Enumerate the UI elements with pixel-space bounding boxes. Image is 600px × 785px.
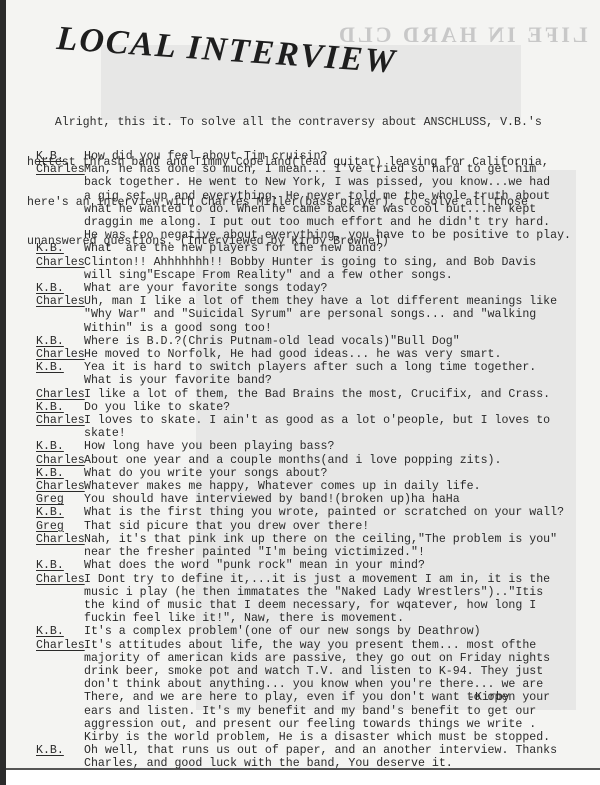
dialogue-text: Oh well, that runs us out of paper, and … bbox=[84, 744, 557, 757]
interview-transcript: K.B.How did you feel about Tim cruisin?C… bbox=[36, 150, 576, 771]
dialogue-text: drink beer, smoke pot and watch T.V. and… bbox=[84, 665, 543, 678]
transcript-line: K.B.How long have you been playing bass? bbox=[36, 440, 576, 453]
dialogue-text: You should have interviewed by band!(bro… bbox=[84, 493, 460, 506]
dialogue-text: It's attitudes about life, the way you p… bbox=[84, 639, 536, 652]
transcript-line: CharlesI like a lot of them, the Bad Bra… bbox=[36, 388, 576, 401]
dialogue-text: I like a lot of them, the Bad Brains the… bbox=[84, 388, 550, 401]
transcript-line: Kirby is the world problem, He is a disa… bbox=[36, 731, 576, 744]
speaker-label bbox=[36, 322, 84, 335]
dialogue-text: What are your favorite songs today? bbox=[84, 282, 328, 295]
transcript-line: fuckin feel like it!", Naw, there is mov… bbox=[36, 612, 576, 625]
speaker-name: K.B. bbox=[36, 625, 64, 638]
speaker-name: K.B. bbox=[36, 559, 64, 572]
speaker-label bbox=[36, 546, 84, 559]
transcript-line: the kind of music that I deem necessary,… bbox=[36, 599, 576, 612]
speaker-label bbox=[36, 599, 84, 612]
transcript-line: K.B.What is the first thing you wrote, p… bbox=[36, 506, 576, 519]
transcript-line: GregThat sid picure that you drew over t… bbox=[36, 520, 576, 533]
speaker-label: K.B. bbox=[36, 625, 84, 638]
speaker-name: Charles bbox=[36, 454, 85, 467]
speaker-name: Charles bbox=[36, 639, 85, 652]
dialogue-text: About one year and a couple months(and i… bbox=[84, 454, 501, 467]
dialogue-text: the kind of music that I deem necessary,… bbox=[84, 599, 536, 612]
dialogue-text: How did you feel about Tim cruisin? bbox=[84, 150, 328, 163]
transcript-line: K.B.Oh well, that runs us out of paper, … bbox=[36, 744, 576, 757]
speaker-name: K.B. bbox=[36, 506, 64, 519]
transcript-line: CharlesI loves to skate. I ain't as good… bbox=[36, 414, 576, 427]
speaker-name: K.B. bbox=[36, 361, 64, 374]
speaker-label bbox=[36, 757, 84, 770]
speaker-label bbox=[36, 190, 84, 203]
transcript-line: CharlesIt's attitudes about life, the wa… bbox=[36, 639, 576, 652]
speaker-label: Charles bbox=[36, 348, 84, 361]
transcript-line: CharlesAbout one year and a couple month… bbox=[36, 454, 576, 467]
transcript-line: don't think about anything... you know w… bbox=[36, 678, 576, 691]
dialogue-text: What are the new players for the new ban… bbox=[84, 242, 383, 255]
dialogue-text: a gig set up and everything. He never to… bbox=[84, 190, 550, 203]
transcript-line: near the fresher painted "I'm being vict… bbox=[36, 546, 576, 559]
dialogue-text: fuckin feel like it!", Naw, there is mov… bbox=[84, 612, 404, 625]
speaker-name: Charles bbox=[36, 480, 85, 493]
speaker-label: Charles bbox=[36, 163, 84, 176]
dialogue-text: draggin me along. I put out too much eff… bbox=[84, 216, 550, 229]
dialogue-text: Man, he has done so much, I mean... I've… bbox=[84, 163, 536, 176]
speaker-name: K.B. bbox=[36, 744, 64, 757]
transcript-line: draggin me along. I put out too much eff… bbox=[36, 216, 576, 229]
speaker-name: Charles bbox=[36, 163, 85, 176]
dialogue-text: what he wanted to do. When he came back … bbox=[84, 203, 536, 216]
speaker-label: Charles bbox=[36, 533, 84, 546]
speaker-label: K.B. bbox=[36, 150, 84, 163]
dialogue-text: near the fresher painted "I'm being vict… bbox=[84, 546, 425, 559]
speaker-label bbox=[36, 665, 84, 678]
transcript-line: What is your favorite band? bbox=[36, 374, 576, 387]
speaker-name: K.B. bbox=[36, 467, 64, 480]
dialogue-text: What does the word "punk rock" mean in y… bbox=[84, 559, 425, 572]
transcript-line: skate! bbox=[36, 427, 576, 440]
dialogue-text: Do you like to skate? bbox=[84, 401, 230, 414]
speaker-label: Charles bbox=[36, 573, 84, 586]
transcript-line: will sing"Escape From Reality" and a few… bbox=[36, 269, 576, 282]
transcript-line: GregYou should have interviewed by band!… bbox=[36, 493, 576, 506]
speaker-name: K.B. bbox=[36, 440, 64, 453]
speaker-label: Charles bbox=[36, 256, 84, 269]
transcript-line: "Why War" and "Suicidal Syrum" are perso… bbox=[36, 308, 576, 321]
speaker-name: Charles bbox=[36, 573, 85, 586]
transcript-line: CharlesClinton!! Ahhhhhhh!! Bobby Hunter… bbox=[36, 256, 576, 269]
dialogue-text: He was too negative about everything, yo… bbox=[84, 229, 571, 242]
speaker-label: K.B. bbox=[36, 361, 84, 374]
dialogue-text: Uh, man I like a lot of them they have a… bbox=[84, 295, 557, 308]
speaker-label bbox=[36, 718, 84, 731]
dialogue-text: Whatever makes me happy, Whatever comes … bbox=[84, 480, 481, 493]
speaker-label bbox=[36, 678, 84, 691]
transcript-line: CharlesUh, man I like a lot of them they… bbox=[36, 295, 576, 308]
speaker-name: Charles bbox=[36, 414, 85, 427]
signature: -Kirby bbox=[468, 691, 510, 704]
transcript-line: K.B.It's a complex problem'(one of our n… bbox=[36, 625, 576, 638]
speaker-label bbox=[36, 203, 84, 216]
transcript-line: CharlesWhatever makes me happy, Whatever… bbox=[36, 480, 576, 493]
speaker-label bbox=[36, 269, 84, 282]
dialogue-text: How long have you been playing bass? bbox=[84, 440, 334, 453]
speaker-name: K.B. bbox=[36, 150, 64, 163]
speaker-label: Charles bbox=[36, 454, 84, 467]
speaker-label: Charles bbox=[36, 295, 84, 308]
speaker-label: K.B. bbox=[36, 440, 84, 453]
speaker-name: K.B. bbox=[36, 242, 64, 255]
dialogue-text: What is your favorite band? bbox=[84, 374, 272, 387]
transcript-line: K.B.Yea it is hard to switch players aft… bbox=[36, 361, 576, 374]
speaker-label: K.B. bbox=[36, 744, 84, 757]
dialogue-text: He moved to Norfolk, He had good ideas..… bbox=[84, 348, 501, 361]
dialogue-text: Kirby is the world problem, He is a disa… bbox=[84, 731, 550, 744]
dialogue-text: Where is B.D.?(Chris Putnam-old lead voc… bbox=[84, 335, 460, 348]
speaker-label bbox=[36, 308, 84, 321]
transcript-line: Within" is a good song too! bbox=[36, 322, 576, 335]
speaker-label bbox=[36, 731, 84, 744]
speaker-label: Greg bbox=[36, 493, 84, 506]
dialogue-text: aggression out, and present our feeling … bbox=[84, 718, 536, 731]
speaker-label bbox=[36, 374, 84, 387]
dialogue-text: Nah, it's that pink ink up there on the … bbox=[84, 533, 557, 546]
speaker-label: K.B. bbox=[36, 242, 84, 255]
dialogue-text: will sing"Escape From Reality" and a few… bbox=[84, 269, 453, 282]
transcript-line: K.B.What are your favorite songs today? bbox=[36, 282, 576, 295]
transcript-line: K.B.What are the new players for the new… bbox=[36, 242, 576, 255]
transcript-line: back together. He went to New York, I wa… bbox=[36, 176, 576, 189]
transcript-line: drink beer, smoke pot and watch T.V. and… bbox=[36, 665, 576, 678]
speaker-label: K.B. bbox=[36, 467, 84, 480]
speaker-name: Charles bbox=[36, 348, 85, 361]
dialogue-text: ears and listen. It's my benefit and my … bbox=[84, 705, 536, 718]
dialogue-text: "Why War" and "Suicidal Syrum" are perso… bbox=[84, 308, 536, 321]
transcript-line: a gig set up and everything. He never to… bbox=[36, 190, 576, 203]
transcript-line: Charles, and good luck with the band, Yo… bbox=[36, 757, 576, 770]
speaker-name: Charles bbox=[36, 256, 85, 269]
transcript-line: K.B.Do you like to skate? bbox=[36, 401, 576, 414]
dialogue-text: Yea it is hard to switch players after s… bbox=[84, 361, 536, 374]
speaker-label bbox=[36, 612, 84, 625]
speaker-label: Charles bbox=[36, 388, 84, 401]
transcript-line: CharlesHe moved to Norfolk, He had good … bbox=[36, 348, 576, 361]
speaker-name: K.B. bbox=[36, 335, 64, 348]
intro-line: Alright, this it. To solve all the contr… bbox=[27, 116, 567, 129]
speaker-label: K.B. bbox=[36, 335, 84, 348]
dialogue-text: don't think about anything... you know w… bbox=[84, 678, 543, 691]
dialogue-text: Clinton!! Ahhhhhhh!! Bobby Hunter is goi… bbox=[84, 256, 536, 269]
speaker-label: Greg bbox=[36, 520, 84, 533]
transcript-line: CharlesI Dont try to define it,...it is … bbox=[36, 573, 576, 586]
speaker-name: Greg bbox=[36, 493, 64, 506]
transcript-line: K.B.What does the word "punk rock" mean … bbox=[36, 559, 576, 572]
transcript-line: K.B.Where is B.D.?(Chris Putnam-old lead… bbox=[36, 335, 576, 348]
dialogue-text: What do you write your songs about? bbox=[84, 467, 328, 480]
dialogue-text: I loves to skate. I ain't as good as a l… bbox=[84, 414, 550, 427]
speaker-label: K.B. bbox=[36, 559, 84, 572]
transcript-line: He was too negative about everything, yo… bbox=[36, 229, 576, 242]
speaker-name: Charles bbox=[36, 533, 85, 546]
speaker-label: K.B. bbox=[36, 506, 84, 519]
dialogue-text: skate! bbox=[84, 427, 126, 440]
speaker-label: Charles bbox=[36, 414, 84, 427]
speaker-label: K.B. bbox=[36, 282, 84, 295]
speaker-label bbox=[36, 652, 84, 665]
speaker-label: K.B. bbox=[36, 401, 84, 414]
dialogue-text: music i play (he then immatates the "Nak… bbox=[84, 586, 543, 599]
transcript-line: CharlesNah, it's that pink ink up there … bbox=[36, 533, 576, 546]
dialogue-text: What is the first thing you wrote, paint… bbox=[84, 506, 564, 519]
transcript-line: CharlesMan, he has done so much, I mean.… bbox=[36, 163, 576, 176]
speaker-label bbox=[36, 229, 84, 242]
speaker-name: Charles bbox=[36, 295, 85, 308]
dialogue-text: back together. He went to New York, I wa… bbox=[84, 176, 550, 189]
transcript-line: majority of american kids are passive, t… bbox=[36, 652, 576, 665]
dialogue-text: Charles, and good luck with the band, Yo… bbox=[84, 757, 453, 770]
dialogue-text: That sid picure that you drew over there… bbox=[84, 520, 369, 533]
speaker-label bbox=[36, 586, 84, 599]
speaker-label: Charles bbox=[36, 480, 84, 493]
speaker-label bbox=[36, 705, 84, 718]
transcript-line: ears and listen. It's my benefit and my … bbox=[36, 705, 576, 718]
speaker-name: Greg bbox=[36, 520, 64, 533]
speaker-label bbox=[36, 216, 84, 229]
speaker-name: Charles bbox=[36, 388, 85, 401]
transcript-line: aggression out, and present our feeling … bbox=[36, 718, 576, 731]
dialogue-text: Within" is a good song too! bbox=[84, 322, 272, 335]
speaker-name: K.B. bbox=[36, 282, 64, 295]
speaker-label: Charles bbox=[36, 639, 84, 652]
transcript-line: what he wanted to do. When he came back … bbox=[36, 203, 576, 216]
speaker-label bbox=[36, 176, 84, 189]
speaker-name: K.B. bbox=[36, 401, 64, 414]
dialogue-text: It's a complex problem'(one of our new s… bbox=[84, 625, 481, 638]
transcript-line: music i play (he then immatates the "Nak… bbox=[36, 586, 576, 599]
speaker-label bbox=[36, 691, 84, 704]
dialogue-text: majority of american kids are passive, t… bbox=[84, 652, 550, 665]
dialogue-text: I Dont try to define it,...it is just a … bbox=[84, 573, 550, 586]
speaker-label bbox=[36, 427, 84, 440]
transcript-line: K.B.How did you feel about Tim cruisin? bbox=[36, 150, 576, 163]
transcript-line: K.B.What do you write your songs about? bbox=[36, 467, 576, 480]
